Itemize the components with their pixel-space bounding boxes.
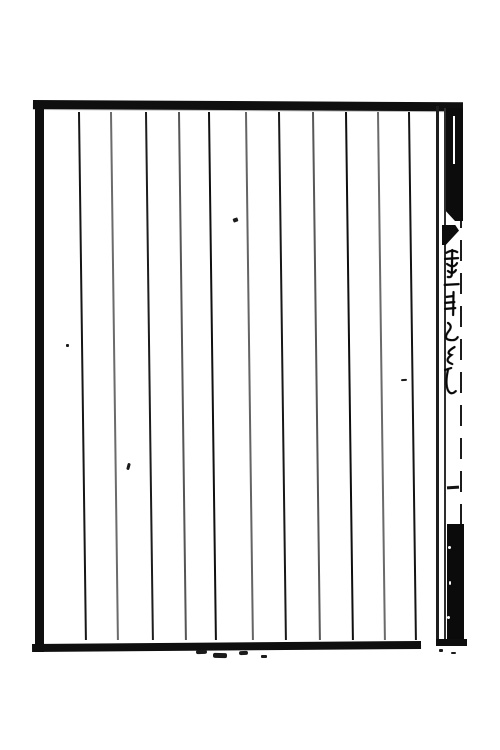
column-line xyxy=(178,112,186,640)
ink-speck xyxy=(126,463,131,471)
scan-white-pit xyxy=(449,581,451,585)
column-line xyxy=(208,112,217,640)
scanned-page xyxy=(0,0,500,750)
column-line xyxy=(245,112,253,640)
column-line xyxy=(312,112,320,640)
ink-speck xyxy=(232,217,238,222)
fold-title-glyphs xyxy=(439,247,465,397)
ink-speck xyxy=(451,652,456,654)
fold-tick-mark xyxy=(447,486,459,490)
frame-border-bottom xyxy=(32,641,421,652)
column-line xyxy=(110,112,118,640)
fold-foot-bar xyxy=(436,639,467,646)
ink-speck xyxy=(401,379,407,382)
scan-white-slit xyxy=(453,116,455,164)
ink-speck xyxy=(196,650,207,655)
ink-speck xyxy=(261,655,267,658)
scan-white-notch xyxy=(446,207,455,221)
fold-ink-bar-top xyxy=(446,108,463,221)
column-line xyxy=(345,112,354,640)
ink-speck xyxy=(239,651,248,655)
column-line xyxy=(408,112,417,640)
column-line xyxy=(78,112,87,640)
column-line xyxy=(145,112,154,640)
fold-column xyxy=(0,0,500,750)
column-lines-group xyxy=(0,112,500,640)
fold-left-rule xyxy=(444,108,446,645)
fish-tail-mark xyxy=(442,225,459,245)
fold-right-rule xyxy=(460,108,462,645)
scan-white-pit xyxy=(447,616,450,619)
column-line xyxy=(377,112,385,640)
ink-speck xyxy=(439,649,443,652)
ink-speck xyxy=(66,344,69,347)
frame-border-right xyxy=(436,106,439,644)
frame-border-top xyxy=(33,100,463,111)
frame-border-left xyxy=(35,101,44,652)
ink-speck xyxy=(213,653,227,658)
scan-white-pit xyxy=(448,546,451,549)
column-line xyxy=(278,112,287,640)
fold-ink-bar-bottom xyxy=(447,524,464,641)
